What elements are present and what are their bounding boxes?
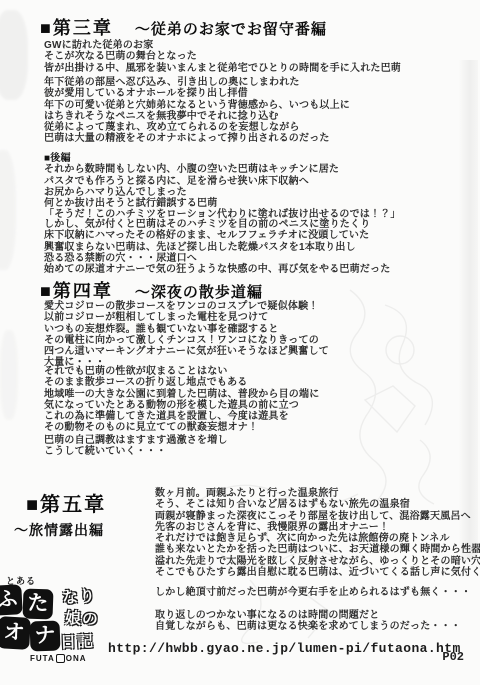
text-line: しかし絶頂寸前だった巴萌が今更右手を止められるはずも無く・・・ — [155, 587, 471, 598]
text-line: 愛犬コジローの散歩コースをワンコのコスプレで疑似体験！ — [44, 301, 329, 312]
text-line: GWに訪れた従弟のお家 — [44, 40, 401, 51]
chapter3-subtitle: ～従弟のお家でお留守番編 — [135, 18, 327, 39]
chapter3-heading: ■第三章 ～従弟のお家でお留守番編 — [40, 14, 327, 40]
chapter3-paragraph-2: 年下従弟の部屋へ忍び込み、引き出しの奥にしまわれた彼が愛用しているオナホールを探… — [44, 77, 350, 122]
text-line: そう、そこは知り合いなど居るはずもない旅先の温泉宿 — [155, 499, 480, 510]
logo-outline-nikki: 日記 — [60, 628, 95, 652]
text-line: 恐る恐る禁断の穴・・・尿道口へ — [44, 253, 390, 264]
text-line: 先客のおじさんを背に、我慢限界の露出オナニー！ — [155, 522, 480, 533]
text-line: 自覚しながらも、巴萌は更なる快楽を求めてしまうのだった・・・ — [155, 621, 461, 632]
text-line: こうして続いていく・・・ — [44, 446, 228, 457]
text-line: しかし、気が付くと巴萌はそのハチミツを目の前のペニスに塗りたくり — [44, 219, 390, 230]
text-line: はちきれそうなペニスを無我夢中でそれに捻り込む — [44, 111, 350, 122]
chapter4-heading: ■第四章 ～深夜の散歩道編 — [40, 277, 263, 303]
chapter3-paragraph-3: 従弟によって蔑まれ、攻め立てられるのを妄想しながら巴萌は大量の精液をそのオナホに… — [44, 122, 330, 145]
chapter4-title: ■第四章 — [40, 277, 113, 303]
text-line: 皆が出掛ける中、風邪を装いまんまと従弟宅でひとりの時間を手に入れた巴萌 — [44, 63, 401, 74]
chapter5-paragraph-1: 数ヶ月前。両親ふたりと行った温泉旅行そう、そこは知り合いなど居るはずもない旅先の… — [155, 488, 480, 578]
text-line: 年下従弟の部屋へ忍び込み、引き出しの奥にしまわれた — [44, 77, 350, 88]
text-line: 取り返しのつかない事になるのは時間の問題だと — [155, 610, 461, 621]
text-line: その電柱に向かって激しくチンコス！ワンコになりきっての — [44, 335, 329, 346]
text-line: 以前コジローが粗相してしまった電柱を見つけて — [44, 312, 329, 323]
text-line: ■後編 — [44, 153, 401, 164]
text-line: 興奮収まらない巴萌は、先ほど探し出した乾燥パスタを1本取り出し — [44, 242, 390, 253]
text-line: 巴萌は大量の精液をそのオナホによって搾り出されるのだった — [44, 133, 330, 144]
chapter5-paragraph-3: 取り返しのつかない事になるのは時間の問題だと自覚しながらも、巴萌は更なる快楽を求… — [155, 610, 461, 633]
text-line: これの為に準備してきた道具を設置し、今度は遊具を — [44, 411, 319, 422]
printed-website-url: http://hwbb.gyao.ne.jp/lumen-pi/futaona.… — [108, 641, 461, 656]
text-line: 床下収納にハマったその格好のまま、セルフフェラチオに没頭していた — [44, 230, 390, 241]
text-line: 地域唯一の大きな公園に到着した巴萌は、普段から目の端に — [44, 389, 319, 400]
scan-smudge — [0, 330, 18, 420]
text-line: 気になっていたとある動物の形を模した遊具の前に立つ — [44, 400, 319, 411]
chapter3-title: ■第三章 — [40, 14, 113, 40]
scanned-doujin-summary-page: ■第三章 ～従弟のお家でお留守番編 GWに訪れた従弟のお家そこが次なる巴萌の舞台… — [0, 0, 480, 685]
text-line: そこでもひたすら露出自慰に耽る巴萌は、近づいてくる話し声に気付く — [155, 567, 480, 578]
text-line: 四つん這いマーキングオナニーに気が狂いそうなほど興奮して — [44, 346, 329, 357]
text-line: その動物そのものに見立てての獣姦妄想オナ！ — [44, 422, 319, 433]
chapter4-paragraph-2: それでも巴萌の性欲が収まることはないそのまま散歩コースの折り返し地点でもある地域… — [44, 366, 319, 434]
logo-outline-nari: なり — [61, 583, 97, 608]
logo-caption-right: ONA — [66, 654, 87, 663]
logo-tile-ta: た — [22, 588, 53, 619]
chapter5-title: ■第五章 — [26, 488, 106, 517]
futaona-series-logo: とある ふ た オ ナ なり 娘の 日記 FUTA ONA — [0, 574, 122, 666]
chapter5-subtitle: ～旅情露出編 — [14, 520, 104, 540]
text-line: それから数時間もしない内、小腹の空いた巴萌はキッチンに居た — [44, 164, 401, 175]
logo-tile-o: オ — [0, 616, 31, 650]
text-line: 溢れた先走りで太陽光を眩しく反射させながら、ゆっくりとその暗い穴の中へ — [155, 556, 480, 567]
chapter3-kouhen-paragraph: ■後編それから数時間もしない内、小腹の空いた巴萌はキッチンに居たパスタでも作ろう… — [44, 153, 401, 221]
text-line: それだけでは飽き足らず、次に向かった先は旅館傍の廃トンネル — [155, 533, 480, 544]
logo-tile-fu: ふ — [0, 584, 23, 616]
chapter3-paragraph-5: しかし、気が付くと巴萌はそのハチミツを目の前のペニスに塗りたくり床下収納にハマっ… — [44, 219, 390, 275]
chapter3-paragraph-1: GWに訪れた従弟のお家そこが次なる巴萌の舞台となった皆が出掛ける中、風邪を装いま… — [44, 40, 401, 74]
logo-caption: FUTA ONA — [30, 654, 87, 663]
scan-smudge — [0, 10, 28, 100]
text-line: そのまま散歩コースの折り返し地点でもある — [44, 377, 319, 388]
scan-smudge — [0, 150, 16, 270]
text-line: 両親が寝静まった深夜にこっそり部屋を抜け出して、混浴露天風呂へ — [155, 511, 480, 522]
text-line: そこが次なる巴萌の舞台となった — [44, 51, 401, 62]
text-line: 始めての尿道オナニーで気の狂うような快感の中、再び気をやる巴萌だった — [44, 264, 390, 275]
text-line: それでも巴萌の性欲が収まることはない — [44, 366, 319, 377]
chapter4-subtitle: ～深夜の散歩道編 — [135, 281, 263, 302]
logo-caption-left: FUTA — [30, 654, 55, 663]
chapter4-paragraph-3: 巴萌の自己調教はますます過激さを増しこうして続いていく・・・ — [44, 435, 228, 458]
text-line: 彼が愛用しているオナホールを探り出し拝借 — [44, 88, 350, 99]
logo-outline-musumeno: 娘の — [65, 605, 100, 629]
chapter4-paragraph-1: 愛犬コジローの散歩コースをワンコのコスプレで疑似体験！以前コジローが粗相してしま… — [44, 301, 329, 369]
text-line: お尻からハマり込んでしまった — [44, 187, 401, 198]
text-line: 巴萌の自己調教はますます過激さを増し — [44, 435, 228, 446]
text-line: パスタでも作ろうと探る内に、足を滑らせ狭い床下収納へ — [44, 176, 401, 187]
logo-tile-na: ナ — [29, 620, 60, 651]
text-line: 誰も来ないとたかを括った巴萌はついに、お天道様の輝く時間から性器露出！ — [155, 544, 480, 555]
text-line: 従弟によって蔑まれ、攻め立てられるのを妄想しながら — [44, 122, 330, 133]
text-line: いつもの妄想炸裂。誰も観ていない事を確認すると — [44, 324, 329, 335]
text-line: 数ヶ月前。両親ふたりと行った温泉旅行 — [155, 488, 480, 499]
page-number: P02 — [442, 650, 464, 664]
text-line: 年下の可愛い従弟と穴姉弟になるという背徳感から、いつも以上に — [44, 100, 350, 111]
text-line: 何とか抜け出そうと試行錯誤する巴萌 — [44, 198, 401, 209]
chapter5-paragraph-2: しかし絶頂寸前だった巴萌が今更右手を止められるはずも無く・・・ — [155, 587, 471, 598]
logo-caption-square-icon — [56, 654, 65, 663]
